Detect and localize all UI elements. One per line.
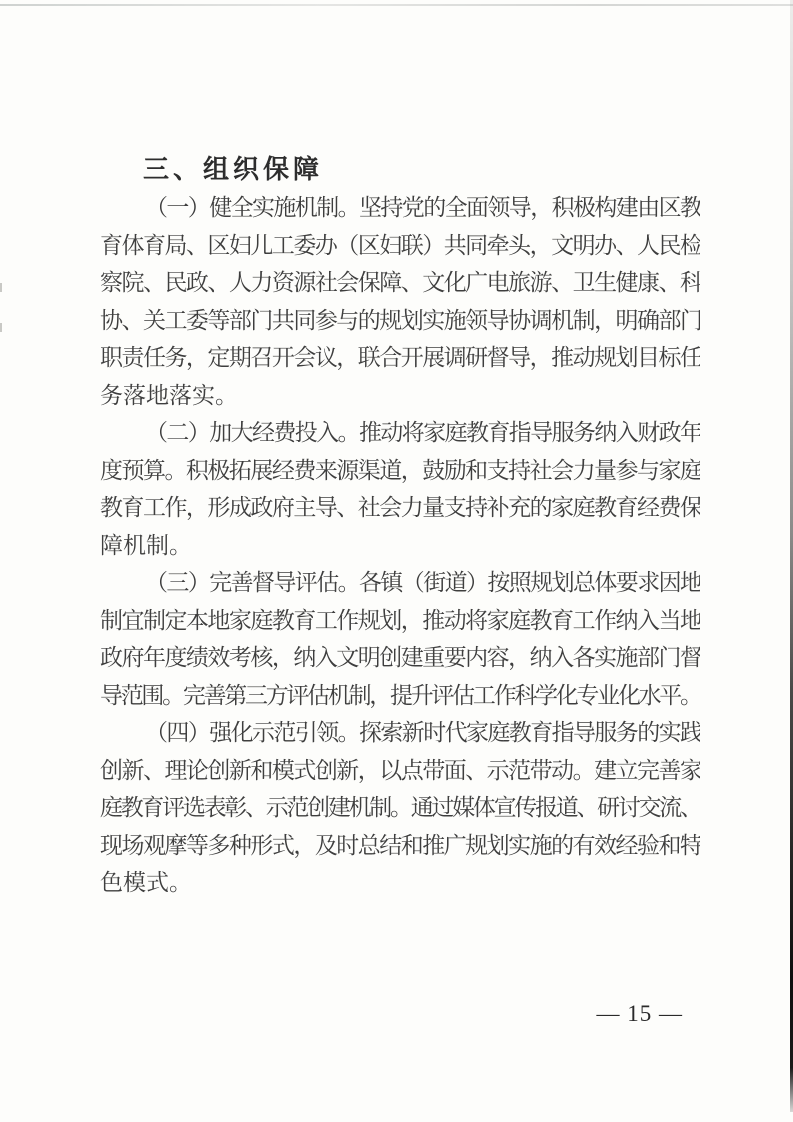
paragraph-model-demonstration: （四）强化示范引领。探索新时代家庭教育指导服务的实践 创新、理论创新和模式创新，… (100, 714, 700, 902)
text-line: 教育工作，形成政府主导、社会力量支持补充的家庭教育经费保 (100, 489, 700, 527)
text-line: （三）完善督导评估。各镇（街道）按照规划总体要求因地 (100, 564, 700, 602)
text-line: 务落地落实。 (100, 377, 700, 415)
text-line: 障机制。 (100, 527, 700, 565)
text-line: （二）加大经费投入。推动将家庭教育指导服务纳入财政年 (100, 414, 700, 452)
section-heading: 三、组织保障 (100, 149, 700, 189)
text-line: 庭教育评选表彰、示范创建机制。通过媒体宣传报道、研讨交流、 (100, 789, 700, 827)
text-line: 现场观摩等多种形式，及时总结和推广规划实施的有效经验和特 (100, 827, 700, 865)
text-line: 育体育局、区妇儿工委办（区妇联）共同牵头，文明办、人民检 (100, 227, 700, 265)
text-line: 度预算。积极拓展经费来源渠道，鼓励和支持社会力量参与家庭 (100, 452, 700, 490)
text-line: 色模式。 (100, 864, 700, 902)
text-line: 创新、理论创新和模式创新，以点带面、示范带动。建立完善家 (100, 752, 700, 790)
paragraph-implementation-mechanism: （一）健全实施机制。坚持党的全面领导，积极构建由区教 育体育局、区妇儿工委办（区… (100, 189, 700, 414)
text-line: （一）健全实施机制。坚持党的全面领导，积极构建由区教 (100, 189, 700, 227)
scan-edge-top-shadow (0, 4, 793, 6)
text-line: 导范围。完善第三方评估机制，提升评估工作科学化专业化水平。 (100, 677, 700, 715)
scan-artifact (0, 283, 2, 292)
text-line: 协、关工委等部门共同参与的规划实施领导协调机制，明确部门 (100, 302, 700, 340)
page-number: — 15 — (597, 999, 684, 1029)
text-line: （四）强化示范引领。探索新时代家庭教育指导服务的实践 (100, 714, 700, 752)
text-line: 政府年度绩效考核，纳入文明创建重要内容，纳入各实施部门督 (100, 639, 700, 677)
paragraph-funding-investment: （二）加大经费投入。推动将家庭教育指导服务纳入财政年 度预算。积极拓展经费来源渠… (100, 414, 700, 564)
text-line: 察院、民政、人力资源社会保障、文化广电旅游、卫生健康、科 (100, 264, 700, 302)
scan-artifact (0, 323, 2, 332)
document-content: 三、组织保障 （一）健全实施机制。坚持党的全面领导，积极构建由区教 育体育局、区… (100, 149, 700, 902)
text-line: 制宜制定本地家庭教育工作规划，推动将家庭教育工作纳入当地 (100, 602, 700, 640)
document-page: 三、组织保障 （一）健全实施机制。坚持党的全面领导，积极构建由区教 育体育局、区… (0, 0, 793, 1122)
paragraph-supervision-evaluation: （三）完善督导评估。各镇（街道）按照规划总体要求因地 制宜制定本地家庭教育工作规… (100, 564, 700, 714)
text-line: 职责任务，定期召开会议，联合开展调研督导，推动规划目标任 (100, 339, 700, 377)
